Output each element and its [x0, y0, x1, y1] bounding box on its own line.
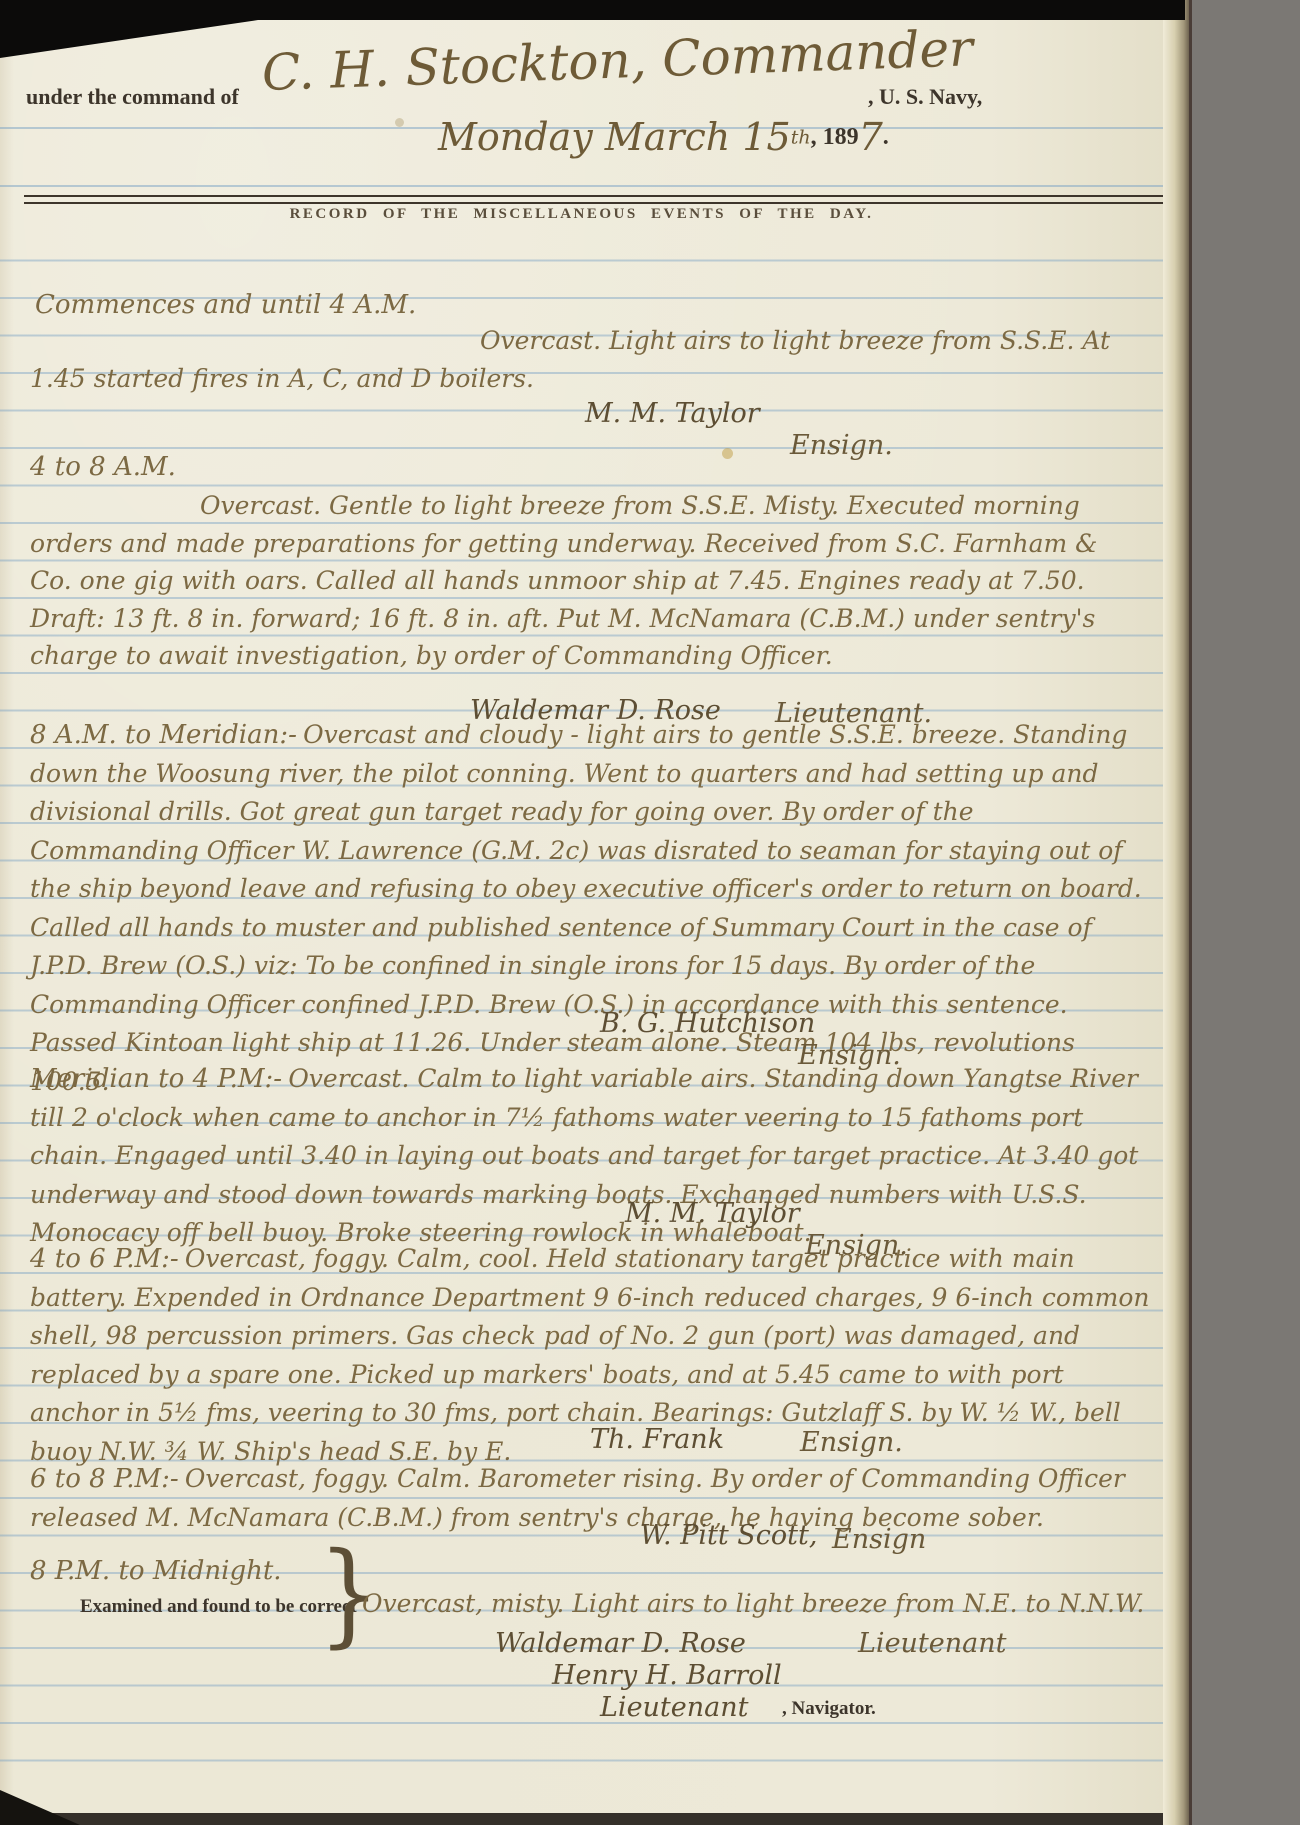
entry-4-signature: M. M. Taylor: [625, 1198, 800, 1229]
year-script-digit: 7: [859, 115, 883, 159]
entry-2-body: Overcast. Gentle to light breeze from S.…: [30, 487, 1142, 675]
entry-6-time-label: 6 to 8 P.M:-: [30, 1464, 179, 1494]
entry-6-signature: W. Pitt Scott,: [640, 1520, 817, 1551]
entry-2-time-label: 4 to 8 A.M.: [30, 452, 176, 482]
entry-6-rank: Ensign: [832, 1524, 926, 1555]
entry-6-body: Overcast, foggy. Calm. Barometer rising.…: [30, 1464, 1125, 1532]
entry-3-time-label: 8 A.M. to Meridian:-: [30, 720, 297, 750]
date-ordinal: th: [791, 127, 811, 149]
page-subtitle: RECORD OF THE MISCELLANEOUS EVENTS OF TH…: [0, 206, 1163, 223]
entry-7-body: Overcast, misty. Light airs to light bre…: [362, 1585, 1162, 1623]
entry-3: 8 A.M. to Meridian:- Overcast and cloudy…: [30, 716, 1150, 1101]
footer-rank-1: Lieutenant: [858, 1628, 1007, 1659]
printed-navigator: , Navigator.: [782, 1698, 876, 1720]
entry-1-rank: Ensign.: [790, 430, 893, 461]
date-script: Monday March 15: [438, 115, 791, 159]
date-line: Monday March 15th, 1897.: [438, 118, 889, 156]
footer-signature-1: Waldemar D. Rose: [495, 1628, 746, 1659]
header-rule-line: [0, 185, 1163, 187]
entry-4: Meridian to 4 P.M:- Overcast. Calm to li…: [30, 1060, 1150, 1253]
entry-5-signature: Th. Frank: [590, 1424, 724, 1455]
entry-5-time-label: 4 to 6 P.M:-: [30, 1244, 179, 1274]
footer-signature-2: Henry H. Barroll: [552, 1660, 782, 1691]
entry-1-time-label: Commences and until 4 A.M.: [35, 290, 416, 320]
entry-1-body: Overcast. Light airs to light breeze fro…: [30, 322, 1135, 397]
header-double-rule: [24, 195, 1163, 204]
entry-7-time-label: 8 P.M. to Midnight.: [30, 1556, 282, 1586]
entry-3-signature: B. G. Hutchison: [600, 1008, 815, 1039]
entry-3-body: Overcast and cloudy - light airs to gent…: [30, 720, 1142, 1096]
printed-command-prefix: under the command of: [26, 84, 239, 110]
entry-5-rank: Ensign.: [800, 1427, 903, 1458]
book-fore-edge: [1163, 0, 1189, 1825]
book-spine-line: [1189, 0, 1192, 1825]
printed-us-navy: , U. S. Navy,: [868, 84, 982, 110]
footer-signature-2-rank: Lieutenant: [600, 1692, 749, 1723]
logbook-photo: under the command of C. H. Stockton, Com…: [0, 0, 1300, 1825]
entry-4-time-label: Meridian to 4 P.M:-: [30, 1064, 282, 1094]
printed-year-period: .: [883, 124, 889, 150]
examined-printed-note: Examined and found to be correct: [80, 1596, 357, 1618]
printed-year-prefix: , 189: [811, 124, 859, 150]
paper-stain: [395, 118, 404, 127]
paper-stain: [722, 448, 733, 459]
photo-bottom-border: [0, 1813, 1163, 1825]
entry-1-signature: M. M. Taylor: [585, 398, 760, 429]
entry-6: 6 to 8 P.M:- Overcast, foggy. Calm. Baro…: [30, 1460, 1150, 1537]
